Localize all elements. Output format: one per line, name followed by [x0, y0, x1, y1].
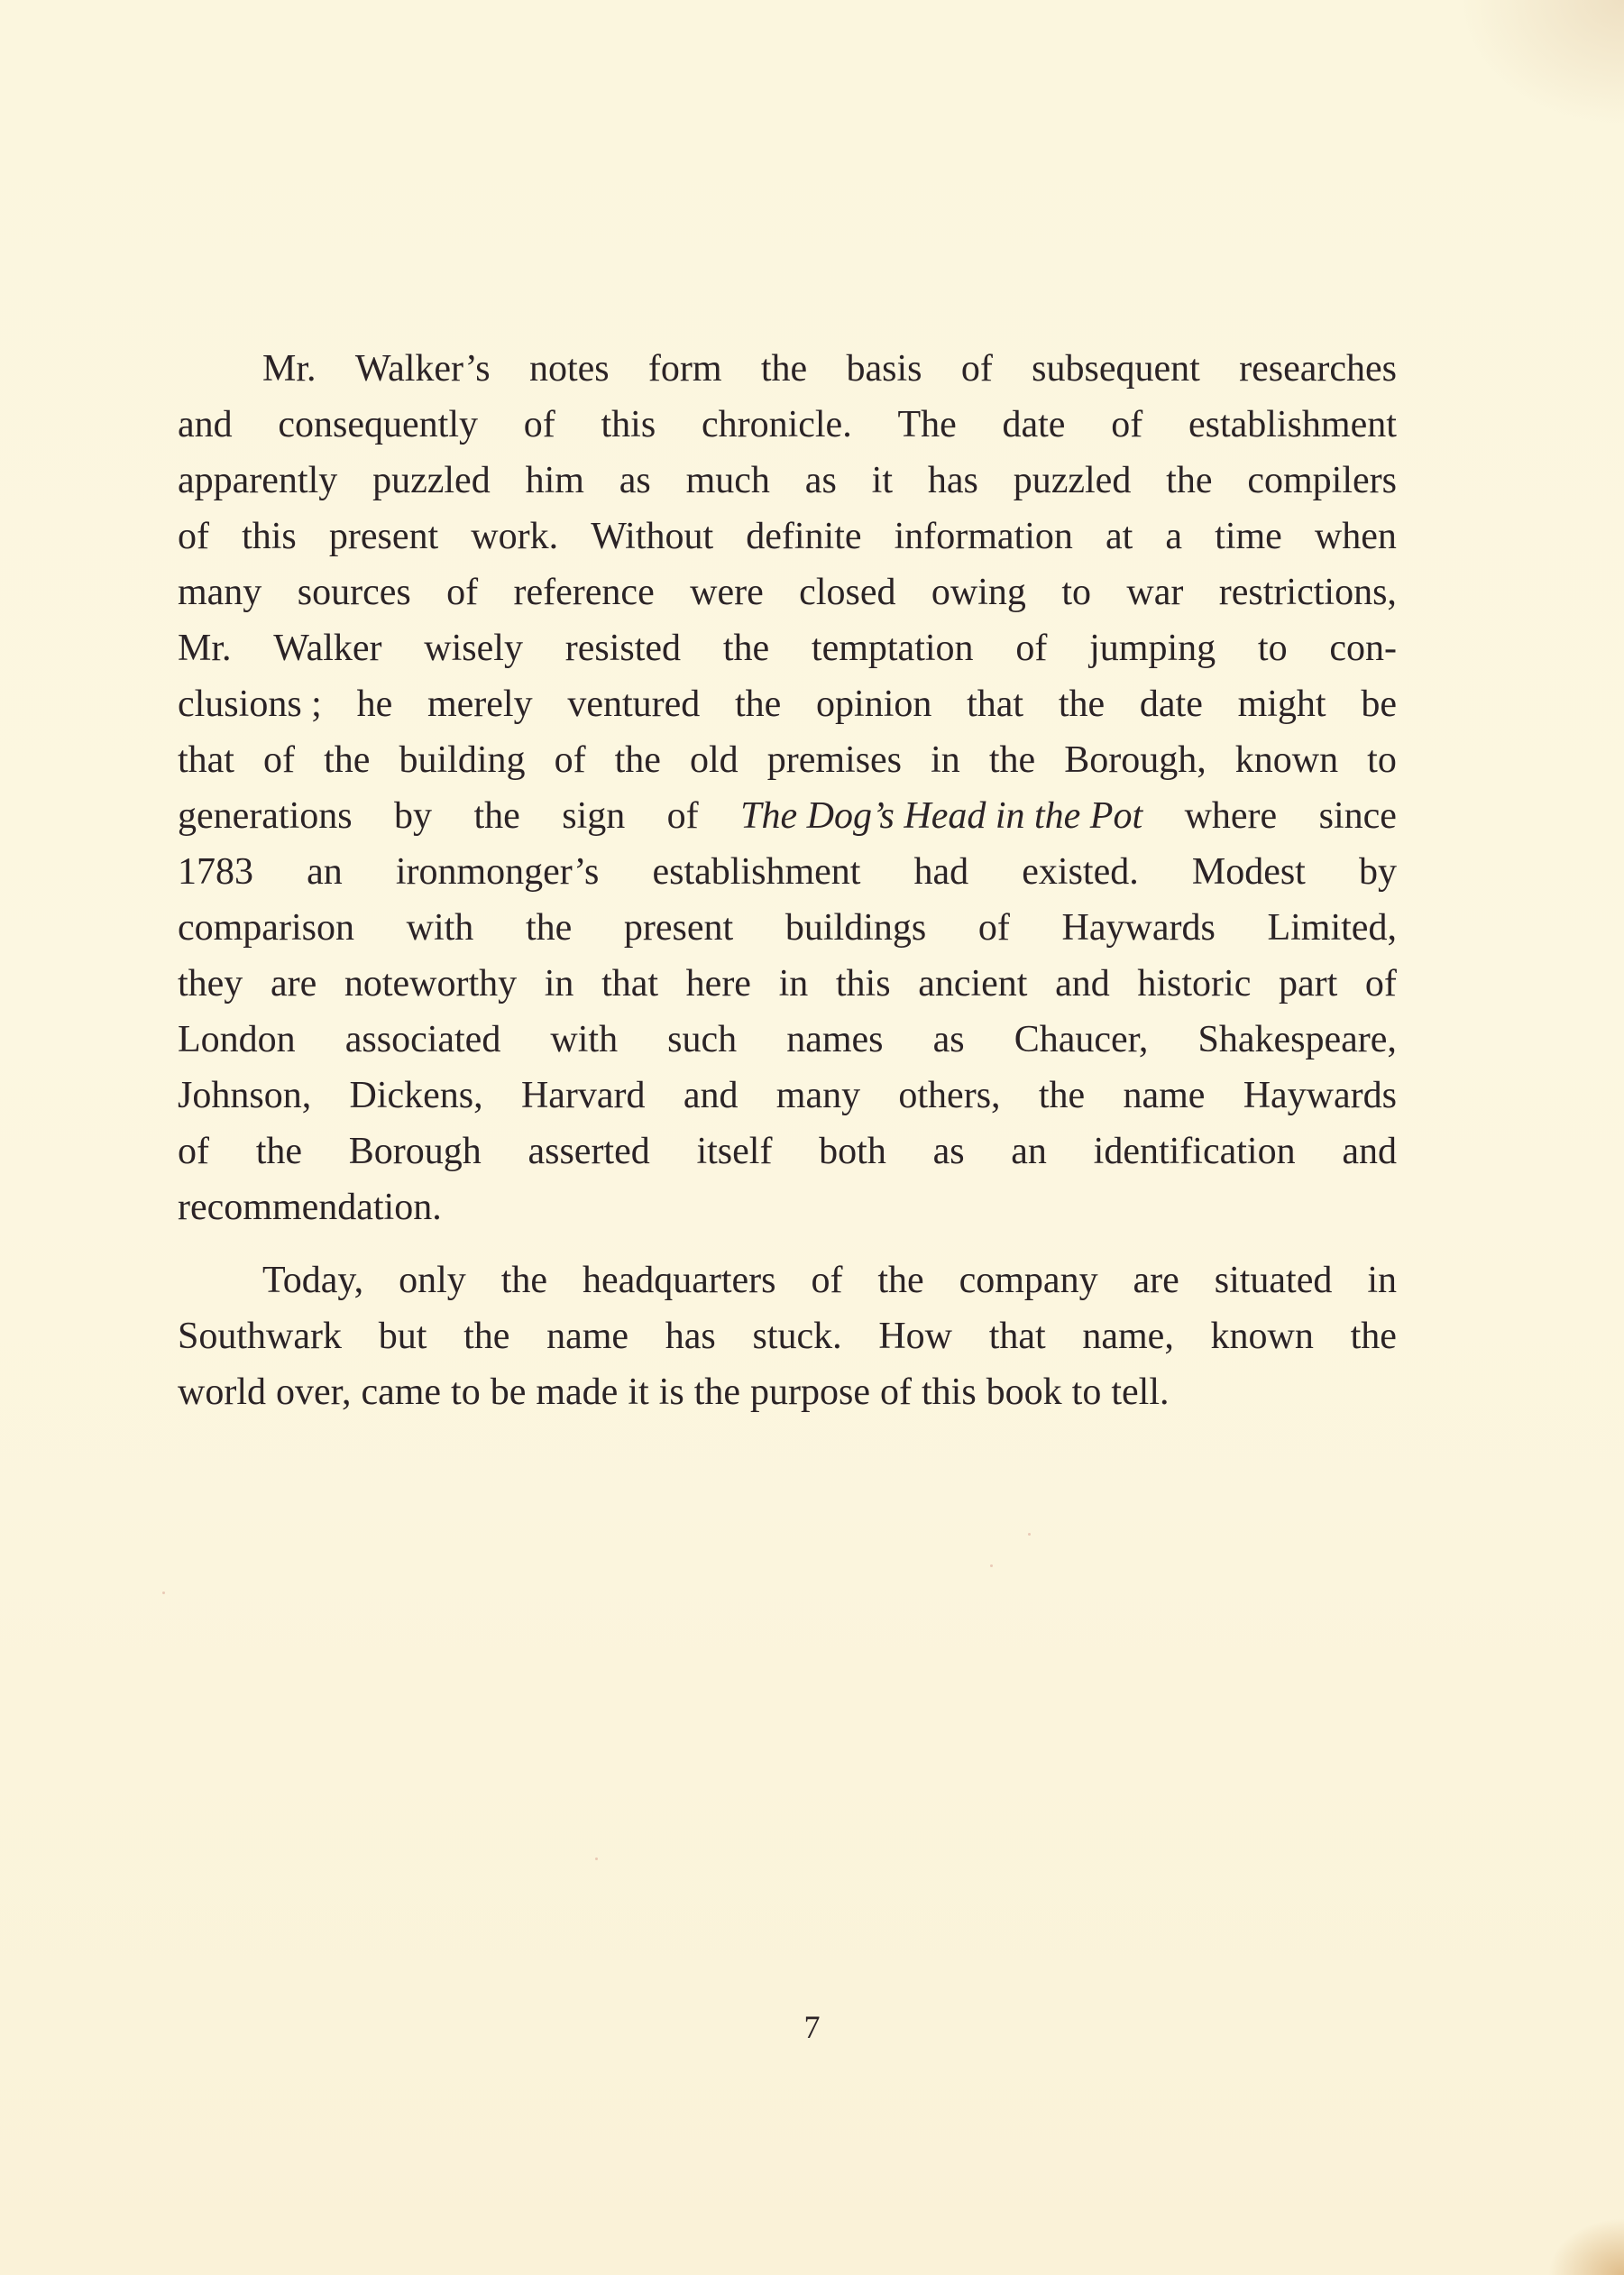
word: information	[895, 509, 1073, 564]
word: the	[735, 676, 781, 732]
italic-title: The Dog’s Head in the Pot	[740, 788, 1142, 844]
word: the	[463, 1308, 509, 1364]
word: to	[1061, 564, 1091, 620]
word: this	[922, 1364, 977, 1420]
word: chronicle.	[702, 397, 852, 453]
word: has	[928, 453, 978, 509]
word: the	[615, 732, 661, 788]
text-line: generationsbythesignofThe Dog’s Head in …	[178, 788, 1397, 844]
word: name	[546, 1308, 628, 1364]
word: a	[1165, 509, 1182, 564]
word: many	[776, 1068, 860, 1124]
word: of	[811, 1252, 842, 1308]
word: identification	[1094, 1124, 1296, 1179]
word: of	[1015, 620, 1047, 676]
word: might	[1238, 676, 1326, 732]
word: the	[473, 788, 519, 844]
word: many	[178, 564, 261, 620]
word: with	[407, 900, 474, 956]
word: him	[526, 453, 584, 509]
word: restrictions,	[1219, 564, 1397, 620]
word: sign	[562, 788, 625, 844]
word: merely	[427, 676, 533, 732]
word: by	[1359, 844, 1397, 900]
word: to	[1258, 620, 1288, 676]
text-line: Mr.Walker’snotesformthebasisofsubsequent…	[178, 341, 1397, 397]
word: subsequent	[1032, 341, 1200, 397]
word: Mr.	[178, 620, 232, 676]
word: How	[878, 1308, 952, 1364]
word: over,	[276, 1364, 351, 1420]
word: closed	[799, 564, 895, 620]
word: both	[819, 1124, 886, 1179]
word: reference	[514, 564, 655, 620]
word: clusions ;	[178, 676, 322, 732]
word: compilers	[1247, 453, 1397, 509]
word: generations	[178, 788, 353, 844]
word: world	[178, 1364, 266, 1420]
word: date	[1003, 397, 1066, 453]
word: an	[307, 844, 343, 900]
text-line: Johnson,Dickens,Harvardandmanyothers,the…	[178, 1068, 1397, 1124]
word: the	[501, 1252, 547, 1308]
text-line: Southwarkbutthenamehasstuck.Howthatname,…	[178, 1308, 1397, 1364]
word: Shakespeare,	[1198, 1012, 1397, 1068]
word: name,	[1082, 1308, 1173, 1364]
word: time	[1215, 509, 1282, 564]
word: that	[967, 676, 1023, 732]
word: of	[555, 732, 586, 788]
word: Mr.	[262, 341, 317, 397]
word: the	[1059, 676, 1105, 732]
word: he	[357, 676, 393, 732]
word: in	[779, 956, 809, 1012]
word: owing	[931, 564, 1026, 620]
word: and	[1055, 956, 1110, 1012]
word: apparently	[178, 453, 337, 509]
word: this	[242, 509, 297, 564]
word: notes	[529, 341, 610, 397]
word: the	[877, 1252, 923, 1308]
word: it	[872, 453, 893, 509]
text-line: clusions ;hemerelyventuredtheopinionthat…	[178, 676, 1397, 732]
word: the	[694, 1364, 740, 1420]
word: Modest	[1192, 844, 1306, 900]
word: ancient	[918, 956, 1027, 1012]
paragraph: Mr.Walker’snotesformthebasisofsubsequent…	[178, 341, 1397, 1235]
word: here	[686, 956, 751, 1012]
text-line: andconsequentlyofthischronicle.Thedateof…	[178, 397, 1397, 453]
word: be	[491, 1364, 527, 1420]
word: Limited,	[1267, 900, 1396, 956]
word: of	[667, 788, 699, 844]
word: and	[178, 397, 233, 453]
word: headquarters	[583, 1252, 776, 1308]
word: are	[271, 956, 317, 1012]
word: in	[545, 956, 574, 1012]
text-line: Today,onlytheheadquartersofthecompanyare…	[178, 1252, 1397, 1308]
word: the	[1351, 1308, 1397, 1364]
word: as	[933, 1012, 965, 1068]
word: were	[690, 564, 764, 620]
word: and	[684, 1068, 739, 1124]
word: much	[686, 453, 770, 509]
word: as	[619, 453, 651, 509]
word: of	[263, 732, 295, 788]
word: has	[665, 1308, 716, 1364]
word: and	[1342, 1124, 1397, 1179]
word: temptation	[812, 620, 974, 676]
word: Walker’s	[355, 341, 491, 397]
text-line: comparisonwiththepresentbuildingsofHaywa…	[178, 900, 1397, 956]
word: that	[989, 1308, 1046, 1364]
text-line: manysourcesofreferencewereclosedowingtow…	[178, 564, 1397, 620]
text-line: 1783anironmonger’sestablishmenthadexiste…	[178, 844, 1397, 900]
word: the	[526, 900, 572, 956]
text-line: Mr.Walkerwiselyresistedthetemptationofju…	[178, 620, 1397, 676]
word: they	[178, 956, 243, 1012]
word: name	[1123, 1068, 1205, 1124]
word: wisely	[424, 620, 523, 676]
word: war	[1126, 564, 1183, 620]
word: when	[1315, 509, 1397, 564]
word: Haywards	[1062, 900, 1216, 956]
word: con-	[1329, 620, 1397, 676]
word: opinion	[816, 676, 931, 732]
word: this	[836, 956, 891, 1012]
page-number: 7	[0, 2009, 1624, 2045]
word: is	[659, 1364, 684, 1420]
word: date	[1140, 676, 1203, 732]
word: comparison	[178, 900, 354, 956]
word: sources	[298, 564, 411, 620]
word: that	[601, 956, 658, 1012]
text-line: LondonassociatedwithsuchnamesasChaucer,S…	[178, 1012, 1397, 1068]
word: buildings	[785, 900, 926, 956]
word: puzzled	[1014, 453, 1132, 509]
word: The	[897, 397, 956, 453]
word: present	[329, 509, 438, 564]
word: Borough,	[1064, 732, 1207, 788]
word: work.	[471, 509, 558, 564]
text-line: theyarenoteworthyinthathereinthisancient…	[178, 956, 1397, 1012]
word: researches	[1239, 341, 1397, 397]
word: that	[178, 732, 234, 788]
word: to	[451, 1364, 481, 1420]
text-line: thatofthebuildingoftheoldpremisesintheBo…	[178, 732, 1397, 788]
word: Haywards	[1243, 1068, 1397, 1124]
text-line: apparentlypuzzledhimasmuchasithaspuzzled…	[178, 453, 1397, 509]
word: at	[1106, 509, 1133, 564]
word: with	[550, 1012, 618, 1068]
word: be	[1361, 676, 1397, 732]
word: Borough	[349, 1124, 482, 1179]
word: had	[914, 844, 969, 900]
word: as	[805, 453, 837, 509]
word: Without	[591, 509, 713, 564]
paragraph: Today,onlytheheadquartersofthecompanyare…	[178, 1252, 1397, 1420]
word: where	[1185, 788, 1278, 844]
word: the	[1166, 453, 1212, 509]
word: known	[1211, 1308, 1314, 1364]
word: ventured	[567, 676, 700, 732]
word: tell.	[1111, 1364, 1169, 1420]
word: purpose	[750, 1364, 870, 1420]
word: Today,	[262, 1252, 363, 1308]
word: of	[978, 900, 1010, 956]
word: the	[1039, 1068, 1085, 1124]
paper-speck	[162, 1592, 165, 1594]
word: of	[178, 1124, 209, 1179]
word: Johnson,	[178, 1068, 311, 1124]
body-text: Mr.Walker’snotesformthebasisofsubsequent…	[178, 341, 1397, 1420]
word: made	[536, 1364, 618, 1420]
word: Southwark	[178, 1308, 342, 1364]
word: the	[723, 620, 769, 676]
word: of	[1111, 397, 1142, 453]
word: existed.	[1022, 844, 1138, 900]
word: Chaucer,	[1014, 1012, 1149, 1068]
word: Dickens,	[350, 1068, 483, 1124]
word: historic	[1137, 956, 1251, 1012]
word: names	[786, 1012, 883, 1068]
text-line: oftheBoroughasserteditselfbothasanidenti…	[178, 1124, 1397, 1179]
text-line: worldover,cametobemadeitisthepurposeofth…	[178, 1364, 1397, 1420]
word: resisted	[565, 620, 681, 676]
word: it	[628, 1364, 648, 1420]
word: of	[1365, 956, 1397, 1012]
word: of	[524, 397, 555, 453]
paper-speck	[990, 1564, 993, 1567]
word: definite	[746, 509, 861, 564]
word: company	[959, 1252, 1098, 1308]
word: in	[1367, 1252, 1397, 1308]
book-page: Mr.Walker’snotesformthebasisofsubsequent…	[0, 0, 1624, 2275]
word: building	[399, 732, 525, 788]
word: 1783	[178, 844, 253, 900]
word: known	[1235, 732, 1338, 788]
word: jumping	[1089, 620, 1216, 676]
word: establishment	[1188, 397, 1397, 453]
word: Harvard	[521, 1068, 646, 1124]
text-line: ofthispresentwork.Withoutdefiniteinforma…	[178, 509, 1397, 564]
word: consequently	[278, 397, 478, 453]
word: noteworthy	[344, 956, 517, 1012]
word: the	[324, 732, 370, 788]
word: are	[1133, 1252, 1179, 1308]
word: form	[648, 341, 722, 397]
word: asserted	[528, 1124, 649, 1179]
word: this	[601, 397, 656, 453]
word: Walker	[273, 620, 381, 676]
word: others,	[898, 1068, 1000, 1124]
word: old	[690, 732, 739, 788]
word: puzzled	[372, 453, 491, 509]
word: London	[178, 1012, 296, 1068]
word: as	[933, 1124, 965, 1179]
word: but	[379, 1308, 427, 1364]
word: present	[624, 900, 733, 956]
word: the	[761, 341, 807, 397]
word: recommendation.	[178, 1179, 442, 1235]
word: of	[178, 509, 209, 564]
word: part	[1279, 956, 1337, 1012]
word: basis	[847, 341, 922, 397]
word: of	[446, 564, 478, 620]
word: to	[1072, 1364, 1102, 1420]
word: stuck.	[752, 1308, 841, 1364]
word: associated	[345, 1012, 501, 1068]
word: the	[256, 1124, 302, 1179]
word: situated	[1215, 1252, 1333, 1308]
paper-speck	[1028, 1533, 1031, 1536]
text-line: recommendation.	[178, 1179, 1397, 1235]
word: establishment	[652, 844, 860, 900]
word: book	[986, 1364, 1062, 1420]
word: premises	[767, 732, 902, 788]
word: ironmonger’s	[396, 844, 600, 900]
word: to	[1367, 732, 1397, 788]
word: of	[880, 1364, 912, 1420]
word: an	[1011, 1124, 1047, 1179]
word: came	[361, 1364, 441, 1420]
paper-speck	[595, 1858, 598, 1860]
word: only	[399, 1252, 466, 1308]
word: since	[1319, 788, 1397, 844]
word: in	[931, 732, 960, 788]
word: the	[989, 732, 1035, 788]
word: such	[667, 1012, 737, 1068]
word: by	[394, 788, 432, 844]
word: itself	[696, 1124, 772, 1179]
word: of	[961, 341, 993, 397]
